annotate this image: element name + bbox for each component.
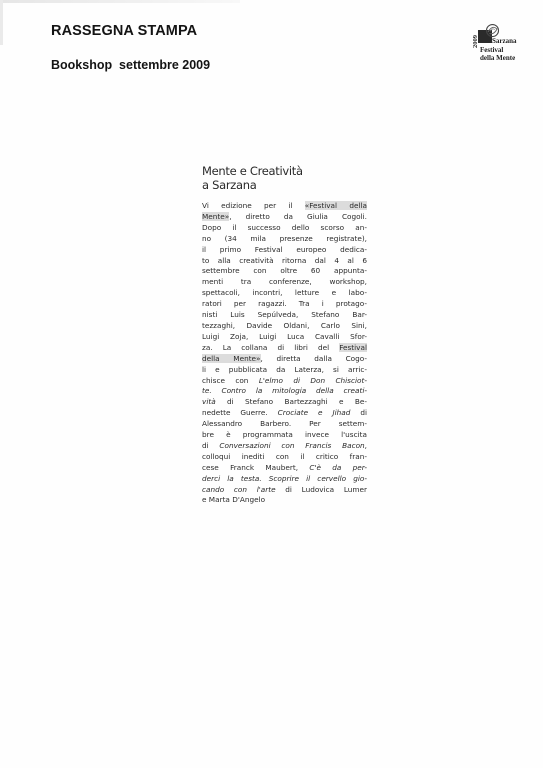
- article-line: no (34 mila presenze registrate),: [202, 234, 367, 245]
- article-line: settembre con oltre 60 appunta-: [202, 266, 367, 277]
- article-line: derci la testa. Scoprire il cervello gio…: [202, 474, 367, 485]
- page-title: RASSEGNA STAMPA: [51, 23, 197, 39]
- logo-text-sarzana: Sarzana: [492, 37, 517, 45]
- article-line: li e pubblicata da Laterza, si arric-: [202, 365, 367, 376]
- article-line: tezzaghi, Davide Oldani, Carlo Sini,: [202, 321, 367, 332]
- article-line: za. La collana di libri del Festival: [202, 343, 367, 354]
- article-line: cando con l'arte di Ludovica Lumer: [202, 485, 367, 496]
- article-line: ratori per ragazzi. Tra i protago-: [202, 299, 367, 310]
- article-line: Luigi Zoja, Luigi Luca Cavalli Sfor-: [202, 332, 367, 343]
- logo-text-della-mente: della Mente: [480, 54, 515, 62]
- logo-swirl-icon: [485, 23, 500, 38]
- article-clipping: Mente e Creatività a Sarzana Vi edizione…: [202, 164, 367, 506]
- article-line: cese Franck Maubert, C'è da per-: [202, 463, 367, 474]
- article-body: Vi edizione per il «Festival della Mente…: [202, 201, 367, 506]
- article-title: Mente e Creatività a Sarzana: [202, 164, 367, 192]
- article-line: Mente», diretto da Giulia Cogoli.: [202, 212, 367, 223]
- article-line: vità di Stefano Bartezzaghi e Be-: [202, 397, 367, 408]
- article-line: nisti Luis Sepúlveda, Stefano Bar-: [202, 310, 367, 321]
- festival-logo: 2009 Sarzana Festival della Mente: [472, 22, 532, 70]
- article-line: to alla creatività ritorna dal 4 al 6: [202, 256, 367, 267]
- article-line: te. Contro la mitologia della creati-: [202, 386, 367, 397]
- article-line: di Conversazioni con Francis Bacon,: [202, 441, 367, 452]
- logo-text-festival: Festival: [480, 46, 503, 54]
- article-line: della Mente», diretta dalla Cogo-: [202, 354, 367, 365]
- article-line: Alessandro Barbero. Per settem-: [202, 419, 367, 430]
- article-line: spettacoli, incontri, letture e labo-: [202, 288, 367, 299]
- scan-edge-top: [0, 0, 240, 3]
- article-line: chisce con L'elmo di Don Chisciot-: [202, 376, 367, 387]
- article-title-line-2: a Sarzana: [202, 178, 257, 192]
- article-line: e Marta D'Angelo: [202, 495, 367, 506]
- article-line: Vi edizione per il «Festival della: [202, 201, 367, 212]
- page-subtitle: Bookshop settembre 2009: [51, 58, 210, 72]
- article-line: menti tra conferenze, workshop,: [202, 277, 367, 288]
- article-line: colloqui inediti con il critico fran-: [202, 452, 367, 463]
- article-line: nedette Guerre. Crociate e Jihad di: [202, 408, 367, 419]
- article-line: Dopo il successo dello scorso an-: [202, 223, 367, 234]
- article-line: il primo Festival europeo dedica-: [202, 245, 367, 256]
- scan-edge-left: [0, 0, 3, 45]
- article-title-line-1: Mente e Creatività: [202, 164, 303, 178]
- article-line: bre è programmata invece l'uscita: [202, 430, 367, 441]
